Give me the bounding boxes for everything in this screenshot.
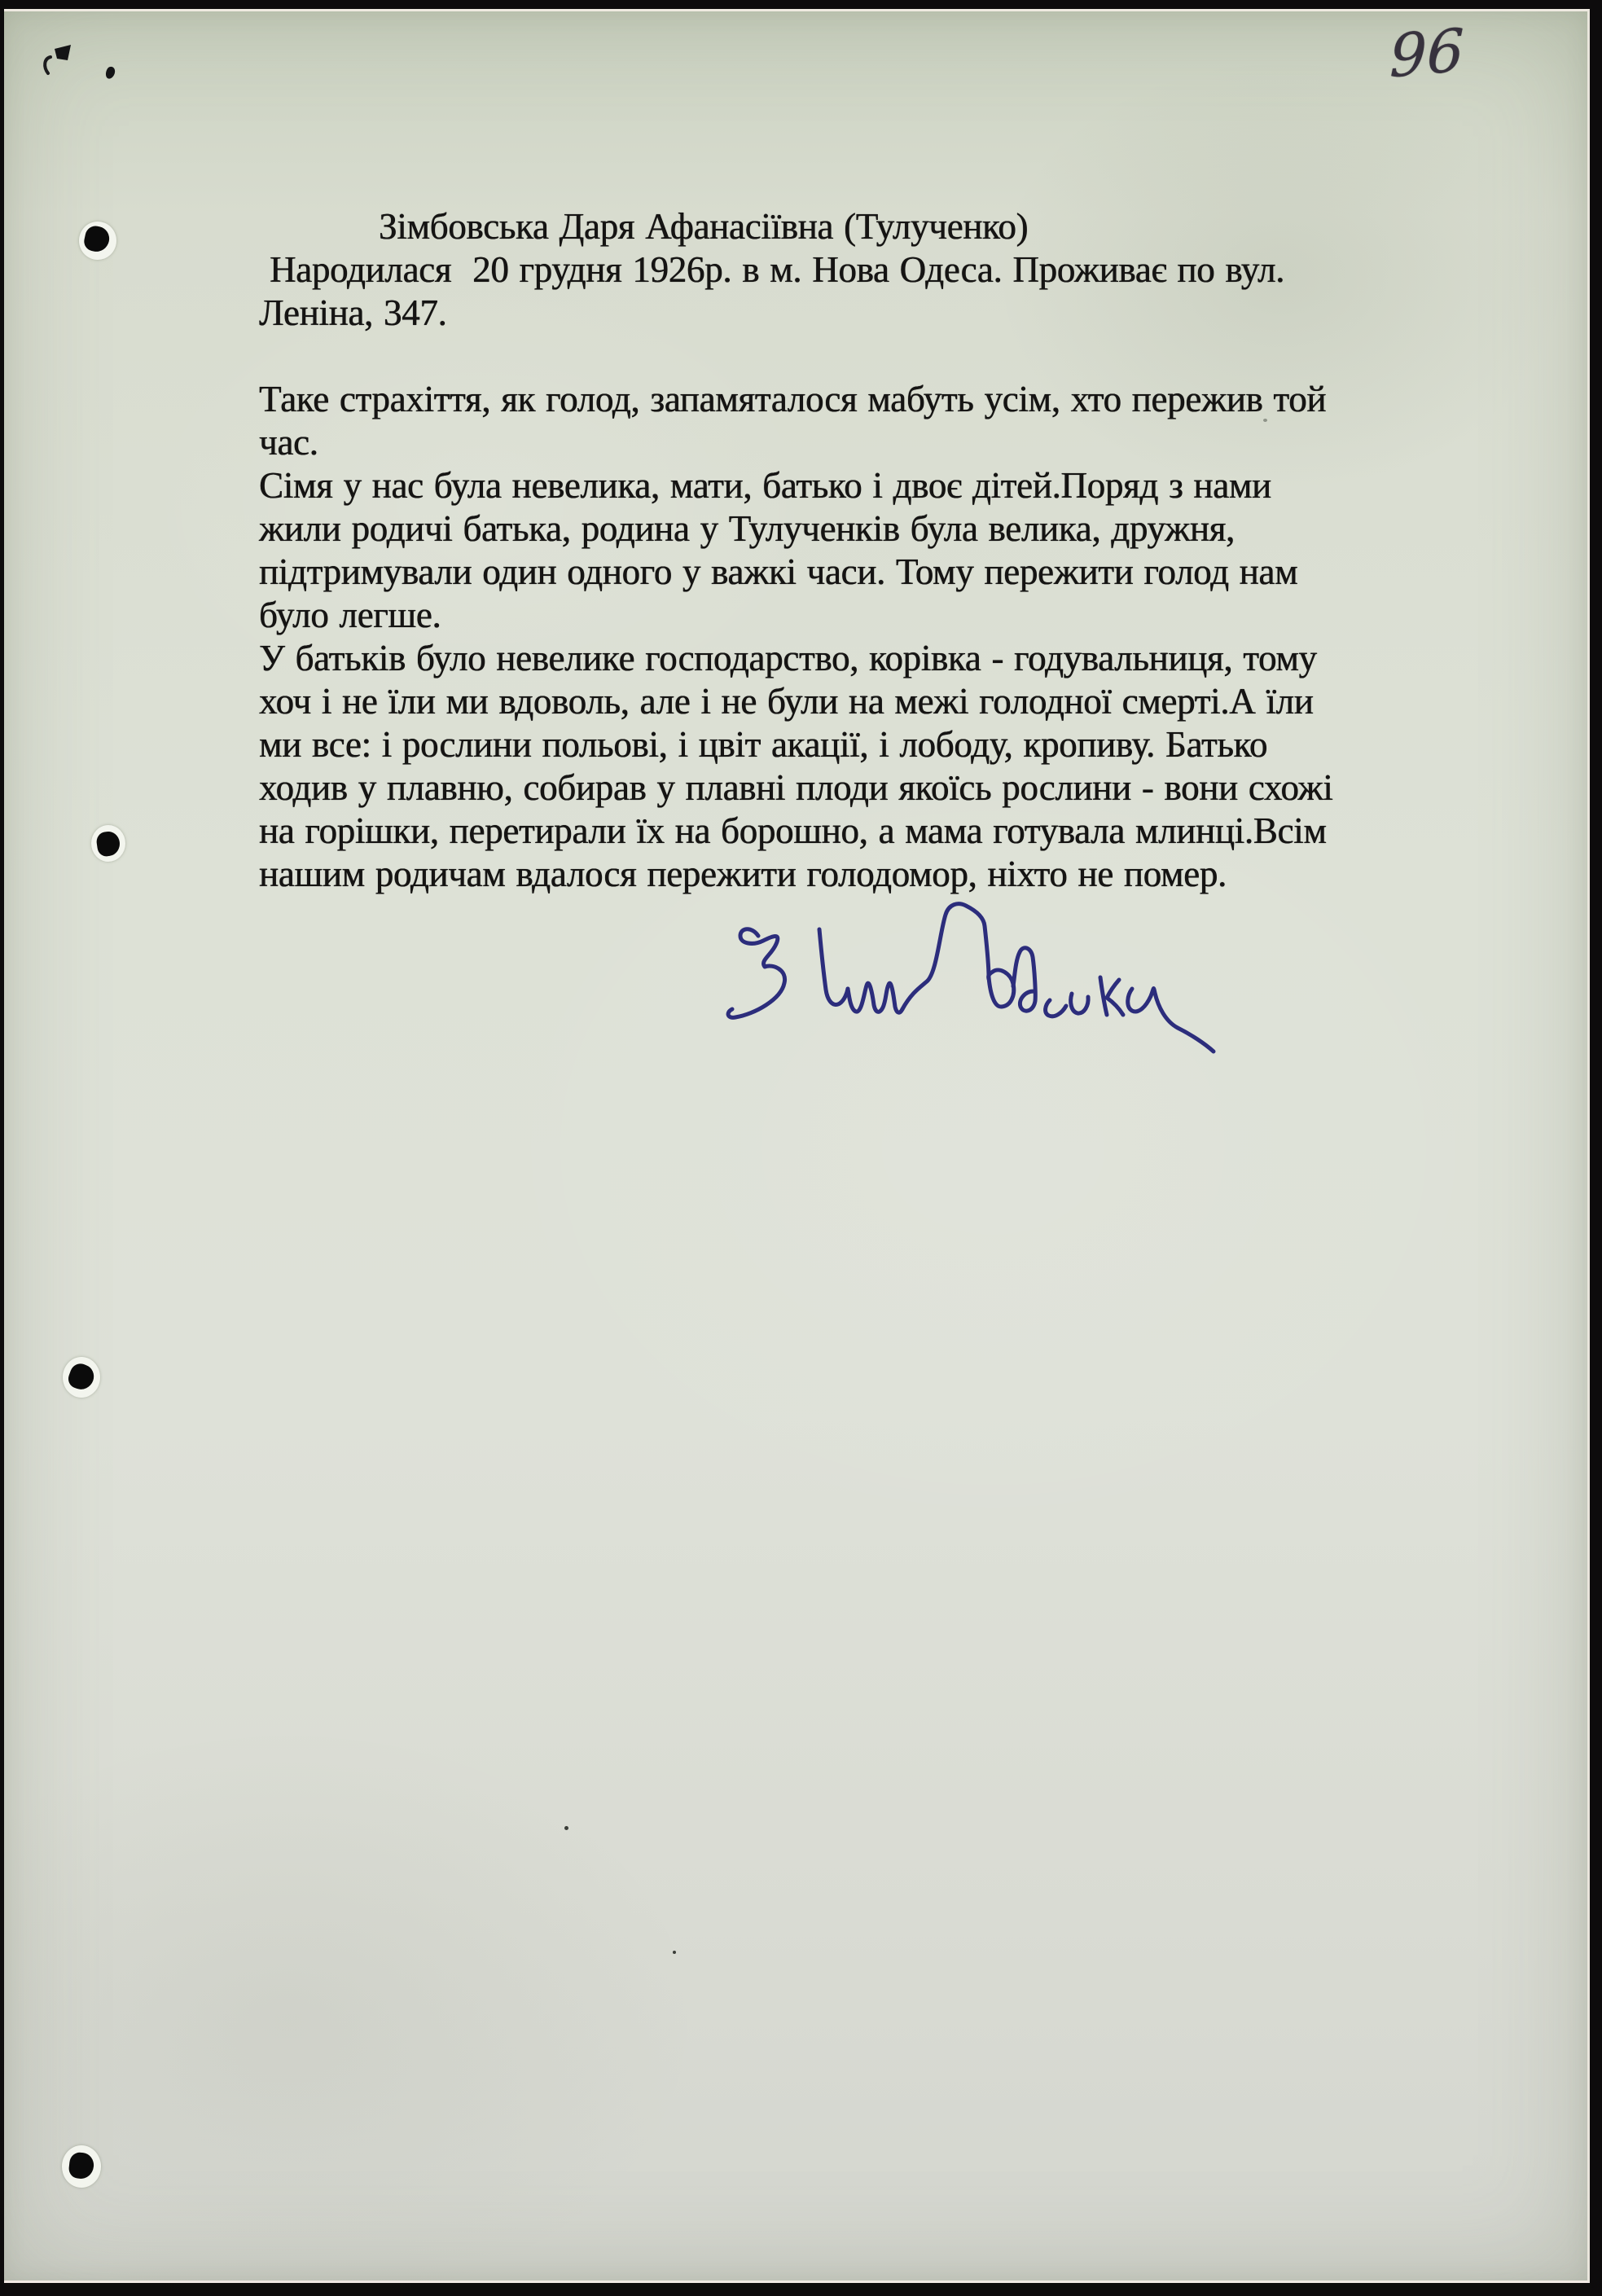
ink-speck-icon [673, 1951, 676, 1954]
body-line: було легше. [259, 594, 1399, 637]
ink-speck-icon [564, 1826, 568, 1830]
intro-line: Леніна, 347. [259, 292, 1399, 335]
page-number: 96 [1389, 11, 1487, 101]
body-line: Сімя у нас була невелика, мати, батько і… [259, 464, 1399, 507]
intro-line: Народилася 20 грудня 1926р. в м. Нова Од… [259, 248, 1399, 292]
ink-smudge-icon [37, 42, 126, 87]
ink-speck-icon [1263, 419, 1267, 422]
punch-hole-icon [91, 825, 125, 862]
body-line: час. [259, 421, 1399, 464]
punch-hole-icon [62, 2145, 101, 2188]
signature-handwriting [713, 898, 1250, 1061]
body-line: жили родичі батька, родина у Тулученків … [259, 507, 1399, 551]
body-line: У батьків було невелике господарство, ко… [259, 637, 1399, 680]
body-line: на горішки, перетирали їх на борошно, а … [259, 810, 1399, 853]
body-line: підтримували один одного у важкі часи. Т… [259, 551, 1399, 594]
body-line: нашим родичам вдалося пережити голодомор… [259, 853, 1399, 896]
body-line: ходив у плавню, собирав у плавні плоди я… [259, 766, 1399, 810]
body-line: ми все: і рослини польові, і цвіт акації… [259, 723, 1399, 766]
blank-line [259, 335, 1399, 378]
body-line: хоч і не їли ми вдоволь, але і не були н… [259, 680, 1399, 723]
body-line: Таке страхіття, як голод, запамяталося м… [259, 378, 1399, 421]
scanned-document-page: 96 Зімбовська Даря Афанасіївна (Тулученк… [0, 0, 1602, 2296]
punch-hole-icon [79, 222, 116, 260]
document-title: Зімбовська Даря Афанасіївна (Тулученко) [259, 205, 1399, 248]
document-text: Зімбовська Даря Афанасіївна (Тулученко) … [259, 205, 1399, 896]
signature-name: Зімбовська [0, 0, 1, 1]
punch-hole-icon [63, 1357, 100, 1398]
